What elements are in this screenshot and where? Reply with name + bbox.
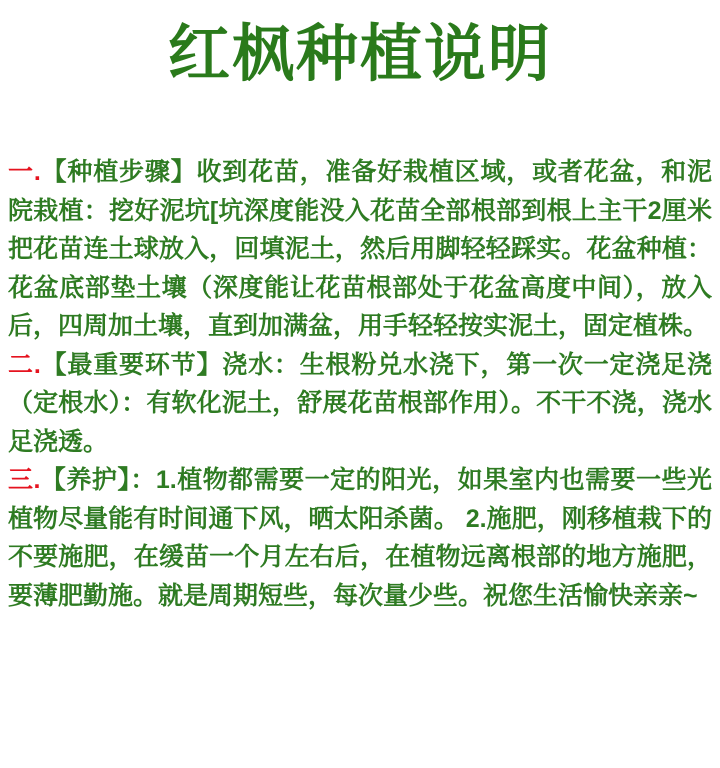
line-text: 后，四周加土壤，直到加满盆，用手轻轻按实泥土，固定植株。: [8, 312, 708, 340]
section-number-marker: 三.: [8, 466, 40, 494]
line-text: 足浇透。: [8, 428, 108, 456]
line-text: 花盆底部垫土壤（深度能让花苗根部处于花盆高度中间），放入花苗: [8, 274, 712, 308]
instructions-body: 一.【种植步骤】收到花苗，准备好栽植区域，或者花盆，和泥土。庭院栽植：挖好泥坑[…: [8, 153, 712, 615]
text-line: 后，四周加土壤，直到加满盆，用手轻轻按实泥土，固定植株。: [8, 307, 712, 346]
line-text: 【种植步骤】收到花苗，准备好栽植区域，或者花盆，和泥土。庭: [8, 158, 712, 192]
text-line: （定根水）：有软化泥土，舒展花苗根部作用）。不干不浇，浇水浇: [8, 384, 712, 423]
document-page: 红枫种植说明 一.【种植步骤】收到花苗，准备好栽植区域，或者花盆，和泥土。庭院栽…: [0, 0, 720, 768]
line-text: 把花苗连土球放入，回填泥土，然后用脚轻轻踩实。花盆种植：先在: [8, 235, 712, 269]
page-title: 红枫种植说明: [0, 0, 720, 91]
text-line: 二.【最重要环节】浇水：生根粉兑水浇下，第一次一定浇足浇透。: [8, 346, 712, 385]
text-line: 植物尽量能有时间通下风，晒太阳杀菌。 2.施肥，刚移植栽下的植物: [8, 500, 712, 539]
text-line: 花盆底部垫土壤（深度能让花苗根部处于花盆高度中间），放入花苗: [8, 269, 712, 308]
text-line: 要薄肥勤施。就是周期短些，每次量少些。祝您生活愉快亲亲~: [8, 577, 712, 616]
text-line: 三.【养护】：1.植物都需要一定的阳光，如果室内也需要一些光照，: [8, 461, 712, 500]
text-line: 把花苗连土球放入，回填泥土，然后用脚轻轻踩实。花盆种植：先在: [8, 230, 712, 269]
line-text: 院栽植：挖好泥坑[坑深度能没入花苗全部根部到根上主干2厘米处]: [8, 197, 712, 231]
section-number-marker: 二.: [8, 351, 41, 379]
line-text: 植物尽量能有时间通下风，晒太阳杀菌。 2.施肥，刚移植栽下的植物: [8, 505, 712, 539]
line-text: （定根水）：有软化泥土，舒展花苗根部作用）。不干不浇，浇水浇: [8, 389, 712, 423]
text-line: 一.【种植步骤】收到花苗，准备好栽植区域，或者花盆，和泥土。庭: [8, 153, 712, 192]
text-line: 院栽植：挖好泥坑[坑深度能没入花苗全部根部到根上主干2厘米处]: [8, 192, 712, 231]
text-line: 不要施肥，在缓苗一个月左右后，在植物远离根部的地方施肥，施肥: [8, 538, 712, 577]
text-line: 足浇透。: [8, 423, 712, 462]
line-text: 【养护】：1.植物都需要一定的阳光，如果室内也需要一些光照，: [8, 466, 712, 500]
line-text: 不要施肥，在缓苗一个月左右后，在植物远离根部的地方施肥，施肥: [8, 543, 712, 577]
line-text: 【最重要环节】浇水：生根粉兑水浇下，第一次一定浇足浇透。: [8, 351, 712, 385]
section-number-marker: 一.: [8, 158, 41, 186]
line-text: 要薄肥勤施。就是周期短些，每次量少些。祝您生活愉快亲亲~: [8, 582, 698, 610]
